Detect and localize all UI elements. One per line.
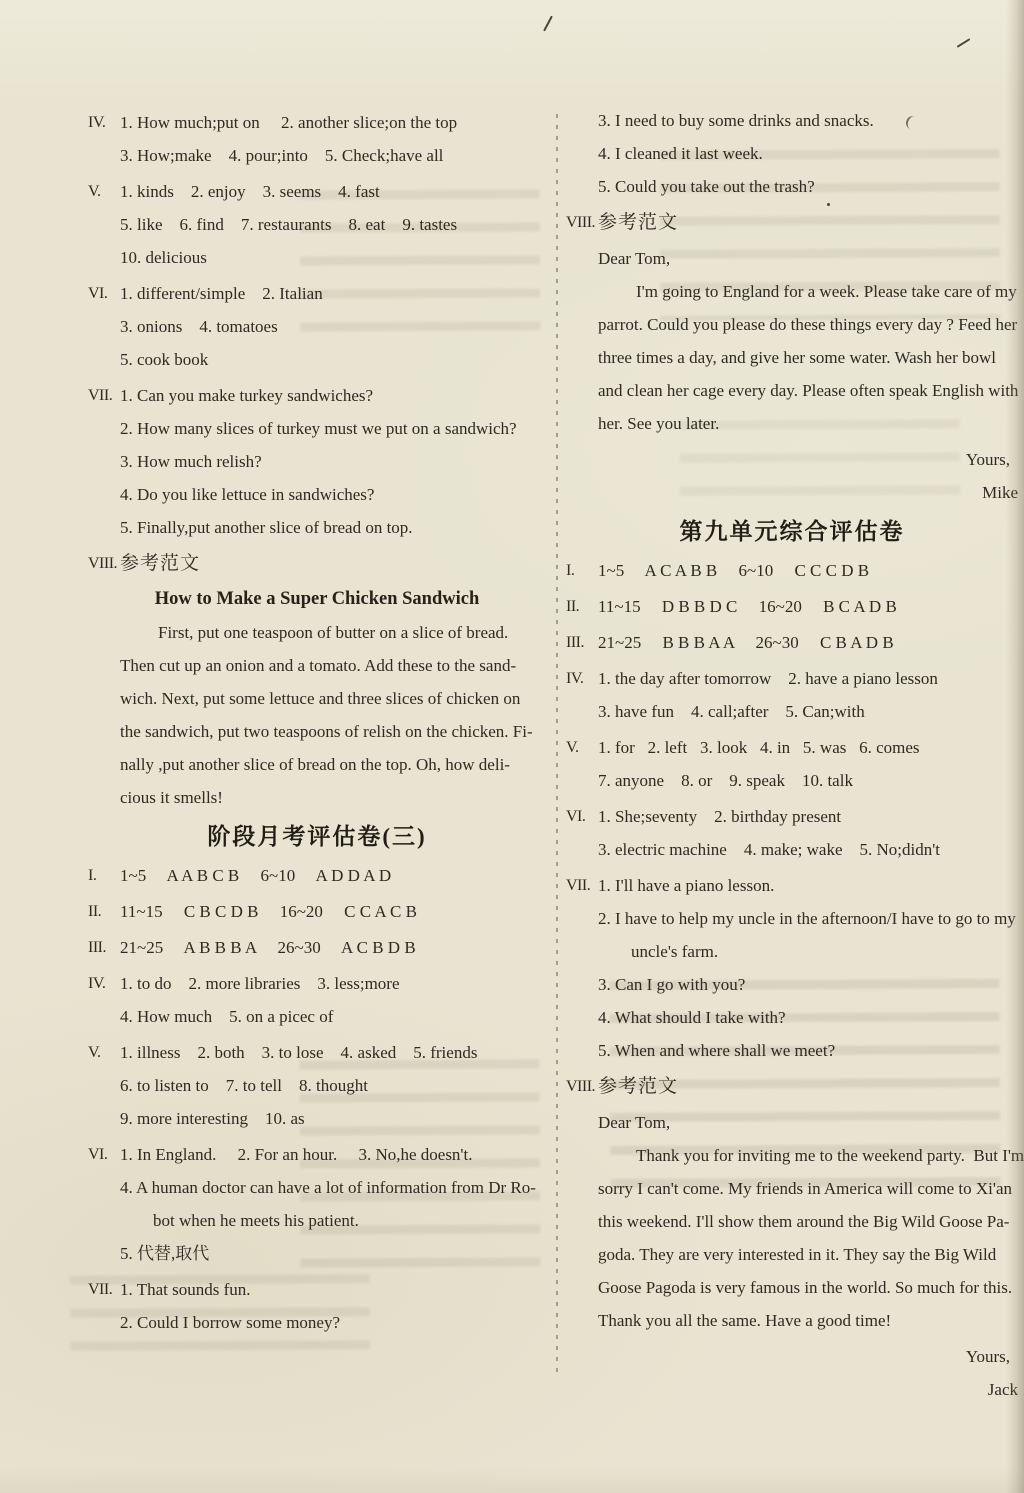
answer-line: 1. That sounds fun. [120,1273,546,1306]
roman-numeral: VIII. [566,206,595,239]
answer-line: 3. I need to buy some drinks and snacks. [598,104,1018,137]
ink-dot [827,203,830,206]
letter-salutation: Dear Tom, [598,242,1018,275]
answer-line: 4. Do you like lettuce in sandwiches? [120,478,546,511]
answer-line: 21~25 A B B B A 26~30 A C B D B [120,931,546,964]
letter-salutation: Dear Tom, [598,1106,1018,1139]
roman-numeral: III. [88,931,106,964]
answer-line: 3. How;make 4. pour;into 5. Check;have a… [120,139,546,172]
answer-line: 3. onions 4. tomatoes [120,310,546,343]
answer-item: VII.1. That sounds fun.2. Could I borrow… [88,1273,546,1339]
paragraph-line: Thank you for inviting me to the weekend… [598,1139,1018,1172]
roman-numeral: IV. [88,967,105,1000]
answer-line: 7. anyone 8. or 9. speak 10. talk [598,764,1018,797]
scanned-answer-key-page: IV.1. How much;put on 2. another slice;o… [0,0,1024,1493]
answer-item: V.1. illness 2. both 3. to lose 4. asked… [88,1036,546,1135]
pen-slash-mark [543,16,553,32]
section-heading: 第九单元综合评估卷 [566,515,1018,549]
answer-line: 1. different/simple 2. Italian [120,277,546,310]
answer-line: 2. I have to help my uncle in the aftern… [598,902,1018,935]
signature-line: Yours, [598,443,1018,476]
roman-numeral: V. [88,1036,101,1069]
roman-numeral: VI. [88,277,107,310]
answer-line: 参考范文 [120,547,546,580]
answer-item: VI.1. She;seventy 2. birthday present3. … [566,800,1018,866]
answer-line: 1. to do 2. more libraries 3. less;more [120,967,546,1000]
paragraph-line: Thank you all the same. Have a good time… [598,1304,1018,1337]
paragraph-line: goda. They are very interested in it. Th… [598,1238,1018,1271]
paragraph-line: Then cut up an onion and a tomato. Add t… [120,649,546,682]
answer-line: 1. Can you make turkey sandwiches? [120,379,546,412]
answer-item: IV.1. to do 2. more libraries 3. less;mo… [88,967,546,1033]
answer-line: 9. more interesting 10. as [120,1102,546,1135]
answer-item: VIII.参考范文 [88,547,546,580]
paragraph-line: First, put one teaspoon of butter on a s… [120,616,546,649]
paragraph-line: cious it smells! [120,781,546,814]
answer-item: IV.1. How much;put on 2. another slice;o… [88,106,546,172]
answer-line: 1. for 2. left 3. look 4. in 5. was 6. c… [598,731,1018,764]
answer-line: 3. Can I go with you? [598,968,1018,1001]
letter-signature: Yours,Jack [566,1340,1018,1406]
column-divider-dashed-line [556,114,558,1376]
answer-line: bot when he meets his patient. [153,1204,546,1237]
answer-line: 10. delicious [120,241,546,274]
paragraph-line: nally ,put another slice of bread on the… [120,748,546,781]
answer-line: 参考范文 [598,1070,1018,1103]
left-column: IV.1. How much;put on 2. another slice;o… [88,106,546,1342]
section-heading: 阶段月考评估卷(三) [88,820,546,854]
answer-line: 3. How much relish? [120,445,546,478]
small-tick-mark [957,38,971,48]
answer-item: VI.1. different/simple 2. Italian3. onio… [88,277,546,376]
answer-item: VIII.参考范文 [566,1070,1018,1103]
answer-line: 1. I'll have a piano lesson. [598,869,1018,902]
answer-line: 5. cook book [120,343,546,376]
letter-paragraph: Thank you for inviting me to the weekend… [566,1139,1018,1337]
answer-line: 11~15 C B C D B 16~20 C C A C B [120,895,546,928]
answer-line: 1. kinds 2. enjoy 3. seems 4. fast [120,175,546,208]
right-column: 3. I need to buy some drinks and snacks.… [566,104,1018,1406]
roman-numeral: I. [88,859,96,892]
answer-line: 5. 代替,取代 [120,1237,546,1270]
letter-salutation-row: Dear Tom, [566,1106,1018,1139]
answer-line: 1. the day after tomorrow 2. have a pian… [598,662,1018,695]
answer-item: III.21~25 A B B B A 26~30 A C B D B [88,931,546,964]
answer-item: II.11~15 D B B D C 16~20 B C A D B [566,590,1018,623]
signature-line: Mike [598,476,1018,509]
answer-line: 4. A human doctor can have a lot of info… [120,1171,546,1204]
paragraph-line: wich. Next, put some lettuce and three s… [120,682,546,715]
roman-numeral: VI. [88,1138,107,1171]
roman-numeral: VII. [566,869,590,902]
letter-salutation-row: Dear Tom, [566,242,1018,275]
roman-numeral: II. [566,590,579,623]
answer-line: 21~25 B B B A A 26~30 C B A D B [598,626,1018,659]
paragraph-line: Goose Pagoda is very famous in the world… [598,1271,1018,1304]
paragraph-line: the sandwich, put two teaspoons of relis… [120,715,546,748]
roman-numeral: VIII. [88,547,117,580]
answer-line: 1. How much;put on 2. another slice;on t… [120,106,546,139]
letter-paragraph: First, put one teaspoon of butter on a s… [88,616,546,814]
answer-item: II.11~15 C B C D B 16~20 C C A C B [88,895,546,928]
paragraph-line: and clean her cage every day. Please oft… [598,374,1018,407]
answer-line: 5. When and where shall we meet? [598,1034,1018,1067]
roman-numeral: VIII. [566,1070,595,1103]
roman-numeral: III. [566,626,584,659]
paragraph-line: sorry I can't come. My friends in Americ… [598,1172,1018,1205]
answer-line: 2. Could I borrow some money? [120,1306,546,1339]
roman-numeral: V. [88,175,101,208]
essay-title: How to Make a Super Chicken Sandwich [88,583,546,616]
page-bottom-edge-shadow [0,1467,1024,1493]
answer-line: 参考范文 [598,206,1018,239]
answer-item: V.1. for 2. left 3. look 4. in 5. was 6.… [566,731,1018,797]
roman-numeral: IV. [88,106,105,139]
roman-numeral: I. [566,554,574,587]
answer-line: 4. What should I take with? [598,1001,1018,1034]
answer-line: 1. She;seventy 2. birthday present [598,800,1018,833]
roman-numeral: V. [566,731,579,764]
answer-item: 3. I need to buy some drinks and snacks.… [566,104,1018,203]
letter-signature: Yours,Mike [566,443,1018,509]
answer-item: IV.1. the day after tomorrow 2. have a p… [566,662,1018,728]
signature-line: Yours, [598,1340,1018,1373]
answer-line: uncle's farm. [631,935,1018,968]
signature-line: Jack [598,1373,1018,1406]
answer-line: 2. How many slices of turkey must we put… [120,412,546,445]
paragraph-line: parrot. Could you please do these things… [598,308,1018,341]
answer-line: 1. In England. 2. For an hour. 3. No,he … [120,1138,546,1171]
answer-line: 6. to listen to 7. to tell 8. thought [120,1069,546,1102]
answer-item: VIII.参考范文 [566,206,1018,239]
answer-item: V.1. kinds 2. enjoy 3. seems 4. fast5. l… [88,175,546,274]
answer-line: 4. I cleaned it last week. [598,137,1018,170]
page-right-edge-shadow [1006,0,1024,1493]
roman-numeral: IV. [566,662,583,695]
answer-item: VI.1. In England. 2. For an hour. 3. No,… [88,1138,546,1270]
answer-line: 1~5 A A B C B 6~10 A D D A D [120,859,546,892]
answer-line: 3. electric machine 4. make; wake 5. No;… [598,833,1018,866]
answer-item: I.1~5 A A B C B 6~10 A D D A D [88,859,546,892]
answer-line: 5. Finally,put another slice of bread on… [120,511,546,544]
answer-line: 5. like 6. find 7. restaurants 8. eat 9.… [120,208,546,241]
answer-line: 1~5 A C A B B 6~10 C C C D B [598,554,1018,587]
letter-paragraph: I'm going to England for a week. Please … [566,275,1018,440]
answer-item: VII.1. I'll have a piano lesson.2. I hav… [566,869,1018,1067]
paragraph-line: three times a day, and give her some wat… [598,341,1018,374]
answer-item: VII.1. Can you make turkey sandwiches?2.… [88,379,546,544]
answer-line: 11~15 D B B D C 16~20 B C A D B [598,590,1018,623]
answer-line: 3. have fun 4. call;after 5. Can;with [598,695,1018,728]
paragraph-line: this weekend. I'll show them around the … [598,1205,1018,1238]
answer-line: 1. illness 2. both 3. to lose 4. asked 5… [120,1036,546,1069]
answer-item: I.1~5 A C A B B 6~10 C C C D B [566,554,1018,587]
paragraph-line: I'm going to England for a week. Please … [598,275,1018,308]
roman-numeral: II. [88,895,101,928]
roman-numeral: VII. [88,1273,112,1306]
answer-item: III.21~25 B B B A A 26~30 C B A D B [566,626,1018,659]
roman-numeral: VI. [566,800,585,833]
answer-line: 5. Could you take out the trash? [598,170,1018,203]
answer-line: 4. How much 5. on a picec of [120,1000,546,1033]
roman-numeral: VII. [88,379,112,412]
paragraph-line: her. See you later. [598,407,1018,440]
